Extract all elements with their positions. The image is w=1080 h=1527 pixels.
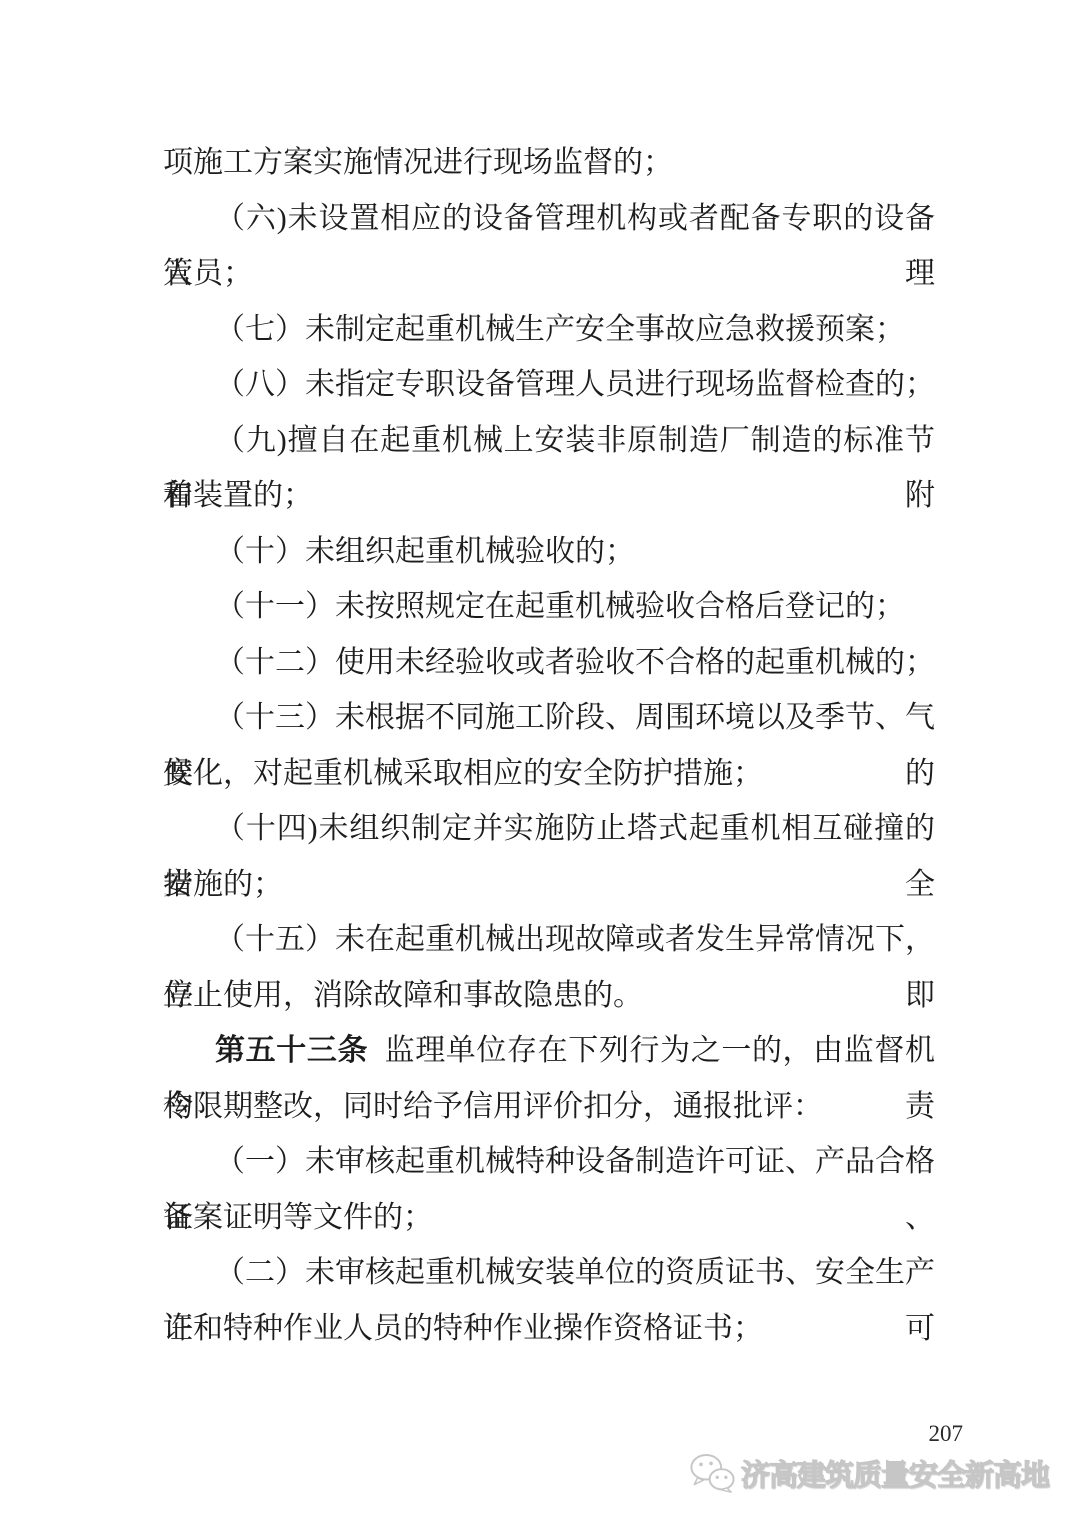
document-body: 项施工方案实施情况进行现场监督的；（六)未设置相应的设备管理机构或者配备专职的设… bbox=[163, 135, 935, 1356]
text-line: （十一）未按照规定在起重机械验收合格后登记的； bbox=[163, 579, 935, 635]
document-page: 项施工方案实施情况进行现场监督的；（六)未设置相应的设备管理机构或者配备专职的设… bbox=[0, 0, 1080, 1527]
text-line: （八）未指定专职设备管理人员进行现场监督检查的； bbox=[163, 357, 935, 413]
text-line: （七）未制定起重机械生产安全事故应急救援预案； bbox=[163, 302, 935, 358]
text-line: （二）未审核起重机械安装单位的资质证书、安全生产许可 bbox=[163, 1245, 935, 1301]
text-line: （六)未设置相应的设备管理机构或者配备专职的设备管理 bbox=[163, 191, 935, 247]
watermark-text: 济高建筑质量安全新高地 bbox=[741, 1453, 1049, 1494]
text-line: 令限期整改，同时给予信用评价扣分，通报批评： bbox=[163, 1079, 935, 1135]
text-line: （十二）使用未经验收或者验收不合格的起重机械的； bbox=[163, 635, 935, 691]
text-line: 项施工方案实施情况进行现场监督的； bbox=[163, 135, 935, 191]
text-line: （十五）未在起重机械出现故障或者发生异常情况下，立即 bbox=[163, 912, 935, 968]
watermark: 济高建筑质量安全新高地 bbox=[689, 1452, 1049, 1494]
text-line: （十）未组织起重机械验收的； bbox=[163, 524, 935, 580]
article-number: 第五十三条 bbox=[215, 1034, 368, 1067]
text-line: （九)擅自在起重机械上安装非原制造厂制造的标准节和附 bbox=[163, 413, 935, 469]
wechat-icon bbox=[689, 1452, 735, 1494]
text-line: （十四)未组织制定并实施防止塔式起重机相互碰撞的安全 bbox=[163, 801, 935, 857]
text-line: （一）未审核起重机械特种设备制造许可证、产品合格证、 bbox=[163, 1134, 935, 1190]
text-line: 第五十三条监理单位存在下列行为之一的，由监督机构责 bbox=[163, 1023, 935, 1079]
text-line: （十三）未根据不同施工阶段、周围环境以及季节、气候的 bbox=[163, 690, 935, 746]
page-number: 207 bbox=[929, 1420, 964, 1447]
